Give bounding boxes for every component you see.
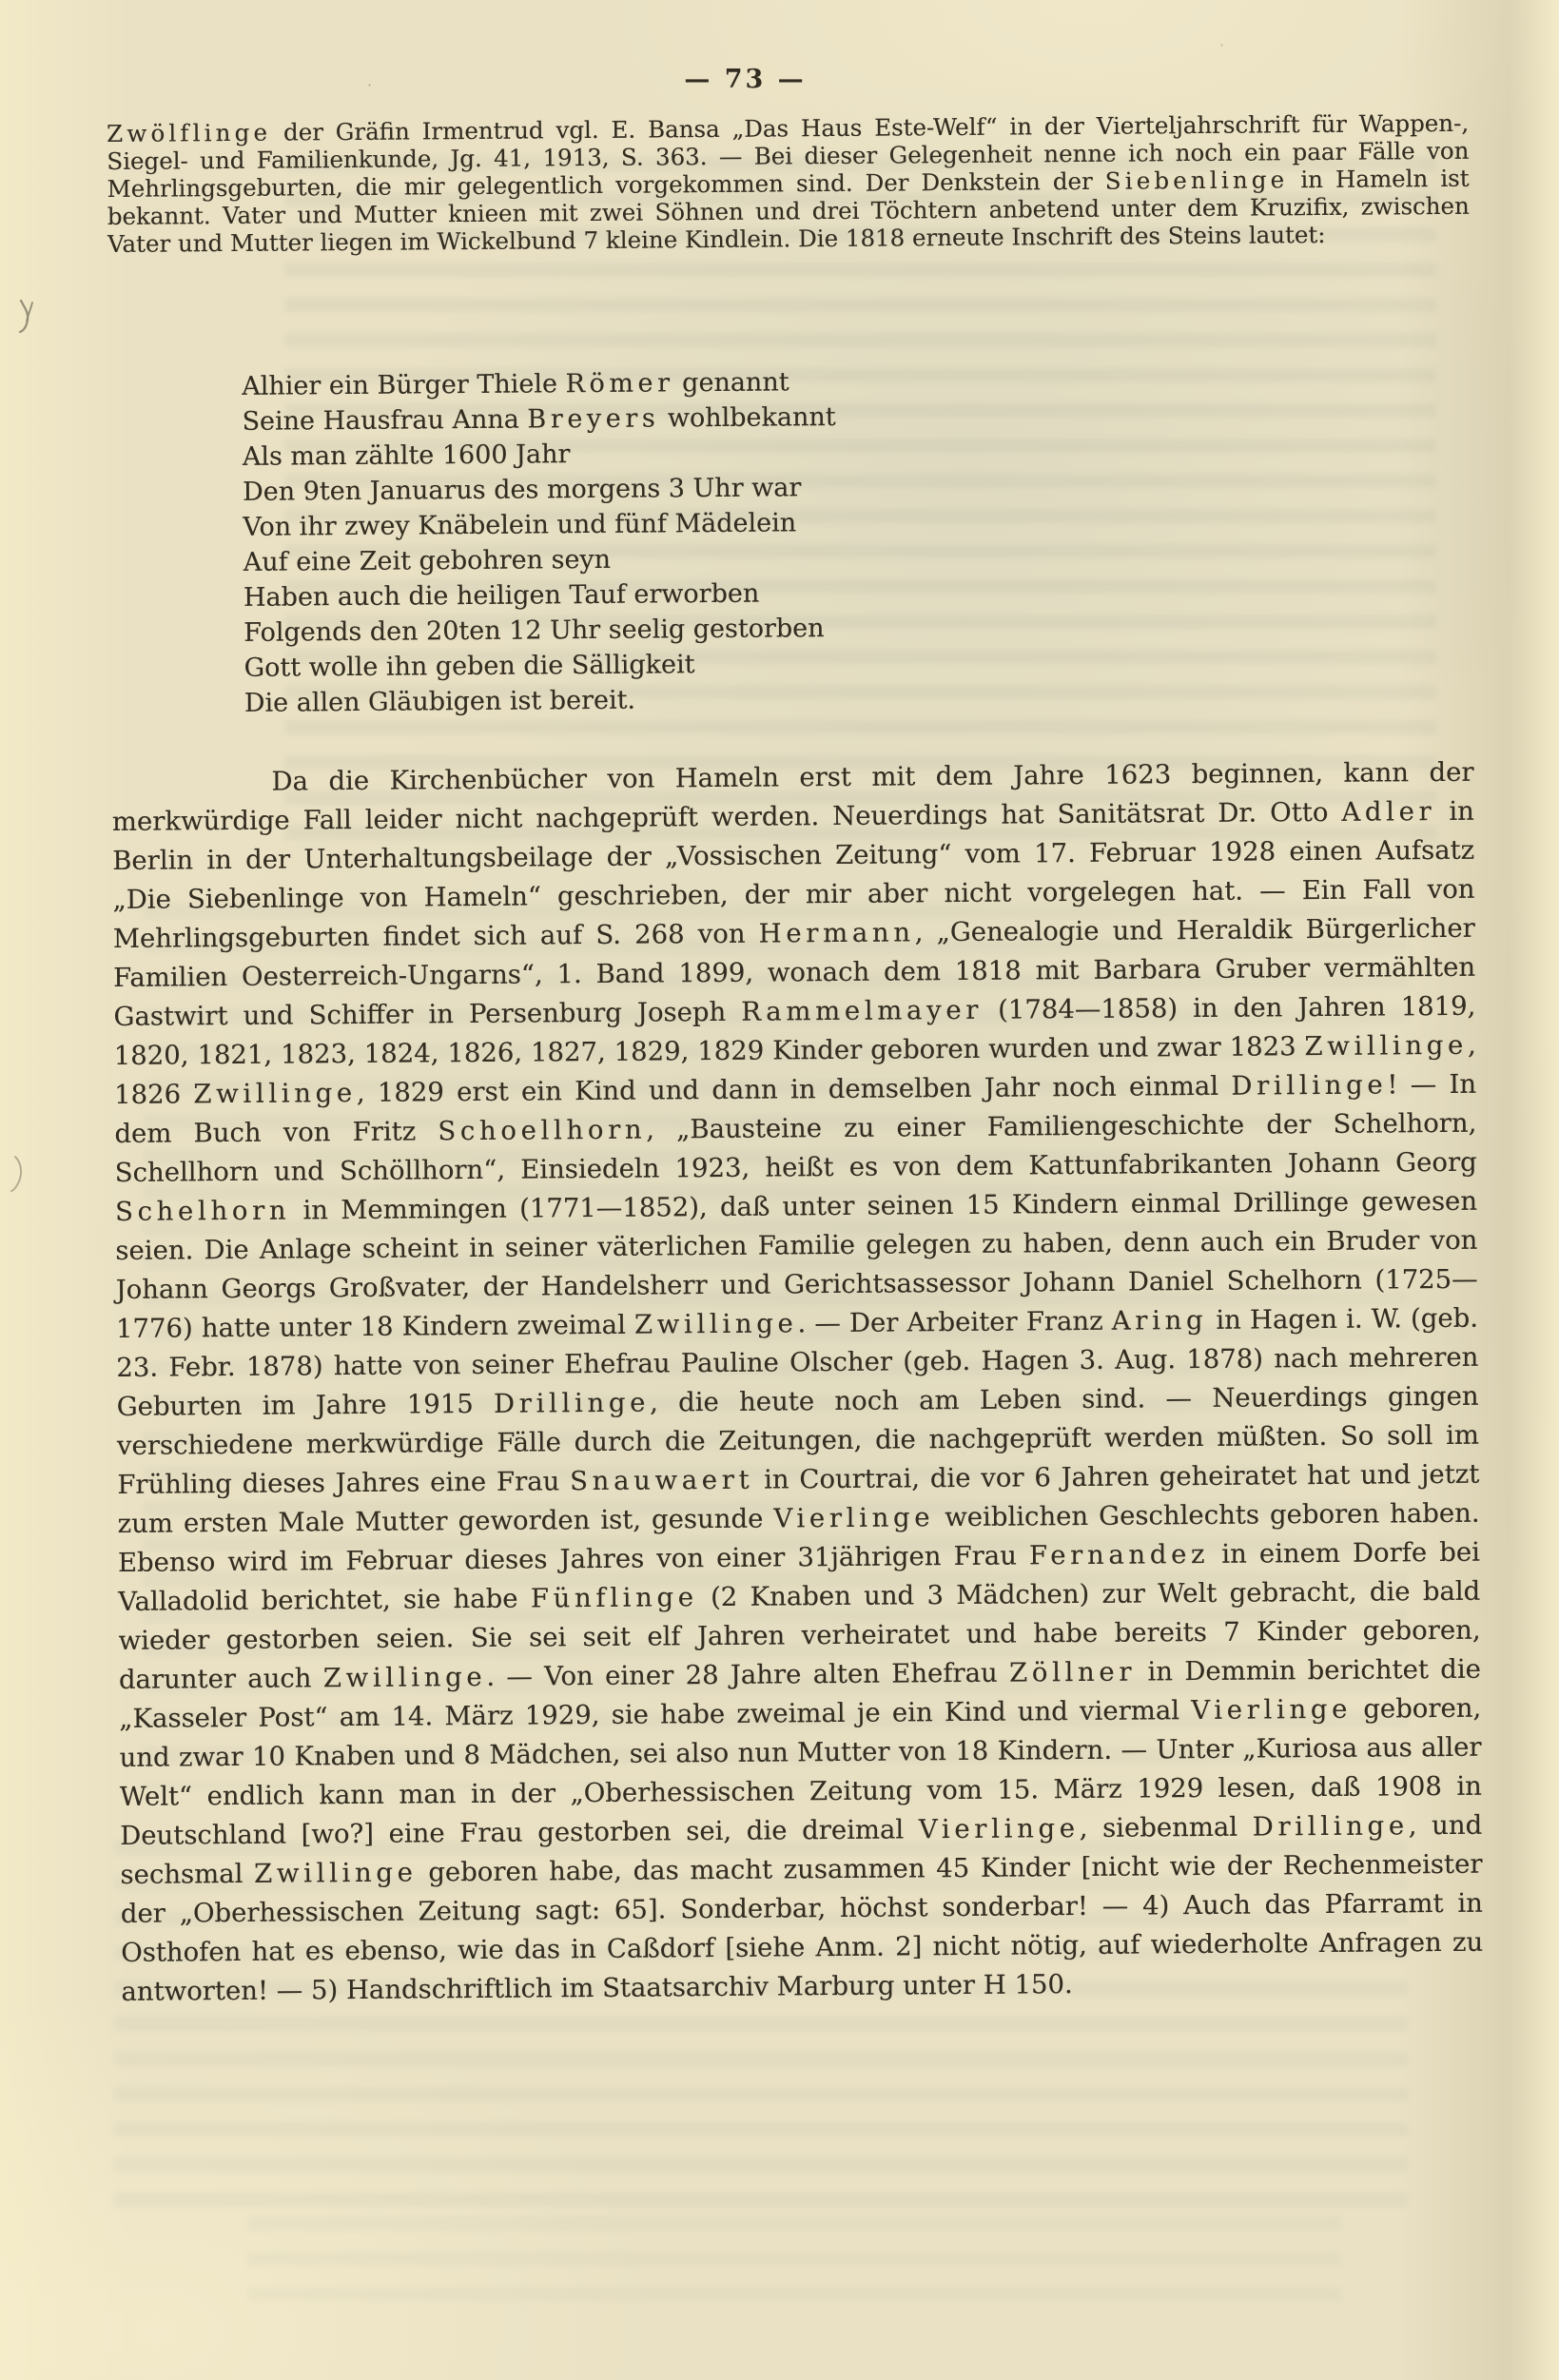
page-number-text: — 73 —	[684, 65, 806, 94]
bleedthrough-ghost-text	[247, 2216, 1341, 2302]
scanned-book-page: · · — 73 — Zwölflinge der Gräfin Irmentr…	[0, 0, 1559, 2380]
paragraph-multiple-births-intro: Zwölflinge der Gräfin Irmentrud vgl. E. …	[107, 109, 1470, 258]
page-number: — 73 —	[0, 65, 1491, 94]
paragraph-cases-discussion: Da die Kirchenbücher von Hameln erst mit…	[111, 753, 1483, 2012]
text-block: Zwölflinge der Gräfin Irmentrud vgl. E. …	[107, 109, 1484, 2012]
margin-ink-mark	[8, 1153, 30, 1195]
margin-ink-mark	[15, 297, 40, 335]
inscription-poem: Alhier ein Bürger Thiele Römer genannt S…	[242, 360, 1473, 721]
paper-speck: ·	[1219, 36, 1224, 54]
